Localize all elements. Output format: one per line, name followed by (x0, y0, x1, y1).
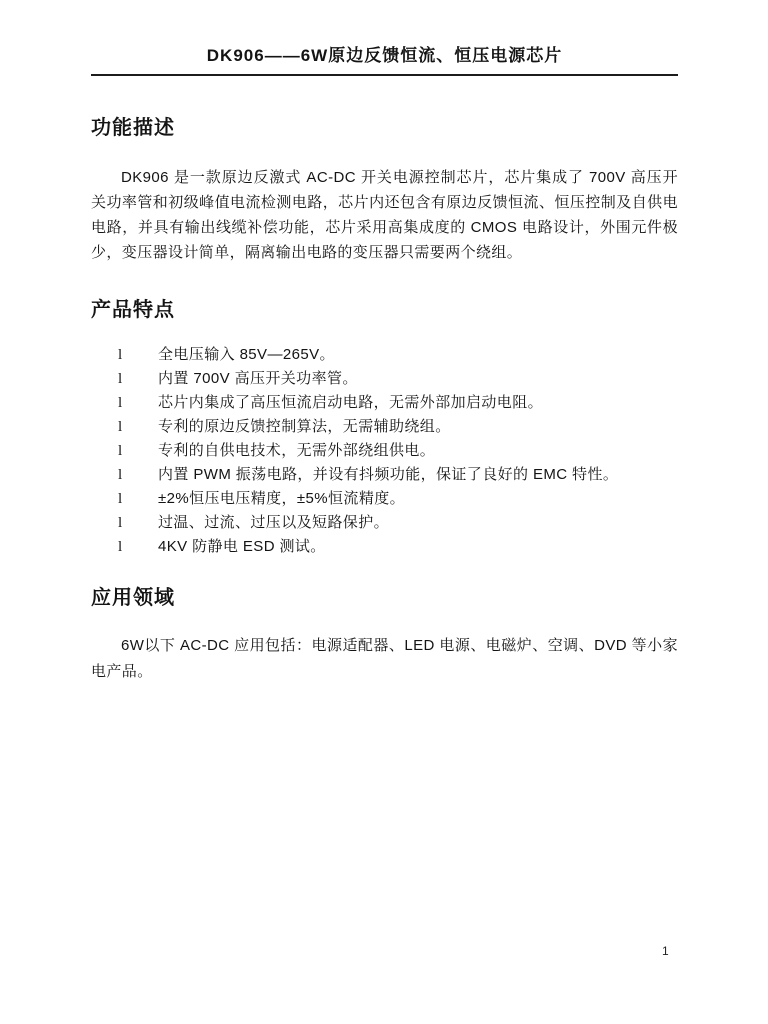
page-number: 1 (662, 944, 669, 958)
bullet-marker: l (118, 463, 128, 487)
section-heading-applications: 应用领域 (91, 585, 678, 611)
feature-text: ±2%恒压电压精度，±5%恒流精度。 (158, 487, 405, 511)
applications-paragraph: 6W以下 AC-DC 应用包括：电源适配器、LED 电源、电磁炉、空调、DVD … (91, 633, 678, 685)
feature-item: l 4KV 防静电 ESD 测试。 (118, 535, 678, 559)
bullet-marker: l (118, 535, 128, 559)
document-page: DK906——6W原边反馈恒流、恒压电源芯片 功能描述 DK906 是一款原边反… (0, 0, 768, 1024)
bullet-marker: l (118, 415, 128, 439)
feature-item: l ±2%恒压电压精度，±5%恒流精度。 (118, 487, 678, 511)
feature-item: l 芯片内集成了高压恒流启动电路，无需外部加启动电阻。 (118, 391, 678, 415)
feature-text: 内置 PWM 振荡电路，并设有抖频功能，保证了良好的 EMC 特性。 (158, 463, 618, 487)
feature-text: 过温、过流、过压以及短路保护。 (158, 511, 389, 535)
function-description-paragraph: DK906 是一款原边反激式 AC-DC 开关电源控制芯片，芯片集成了 700V… (91, 165, 678, 265)
feature-item: l 内置 700V 高压开关功率管。 (118, 367, 678, 391)
section-function-description: 功能描述 DK906 是一款原边反激式 AC-DC 开关电源控制芯片，芯片集成了… (91, 115, 678, 265)
bullet-marker: l (118, 343, 128, 367)
features-list: l 全电压输入 85V—265V。 l 内置 700V 高压开关功率管。 l 芯… (91, 343, 678, 559)
feature-text: 4KV 防静电 ESD 测试。 (158, 535, 326, 559)
feature-item: l 专利的自供电技术，无需外部绕组供电。 (118, 439, 678, 463)
bullet-marker: l (118, 391, 128, 415)
section-heading-function: 功能描述 (91, 115, 678, 141)
bullet-marker: l (118, 511, 128, 535)
feature-text: 芯片内集成了高压恒流启动电路，无需外部加启动电阻。 (158, 391, 543, 415)
section-applications: 应用领域 6W以下 AC-DC 应用包括：电源适配器、LED 电源、电磁炉、空调… (91, 585, 678, 685)
feature-item: l 内置 PWM 振荡电路，并设有抖频功能，保证了良好的 EMC 特性。 (118, 463, 678, 487)
section-heading-features: 产品特点 (91, 297, 678, 323)
document-header: DK906——6W原边反馈恒流、恒压电源芯片 (91, 45, 678, 76)
bullet-marker: l (118, 439, 128, 463)
feature-item: l 过温、过流、过压以及短路保护。 (118, 511, 678, 535)
bullet-marker: l (118, 487, 128, 511)
document-title: DK906——6W原边反馈恒流、恒压电源芯片 (91, 45, 678, 67)
bullet-marker: l (118, 367, 128, 391)
section-product-features: 产品特点 l 全电压输入 85V—265V。 l 内置 700V 高压开关功率管… (91, 297, 678, 559)
feature-text: 专利的原边反馈控制算法，无需辅助绕组。 (158, 415, 451, 439)
feature-item: l 专利的原边反馈控制算法，无需辅助绕组。 (118, 415, 678, 439)
feature-text: 专利的自供电技术，无需外部绕组供电。 (158, 439, 435, 463)
feature-item: l 全电压输入 85V—265V。 (118, 343, 678, 367)
feature-text: 内置 700V 高压开关功率管。 (158, 367, 358, 391)
feature-text: 全电压输入 85V—265V。 (158, 343, 335, 367)
